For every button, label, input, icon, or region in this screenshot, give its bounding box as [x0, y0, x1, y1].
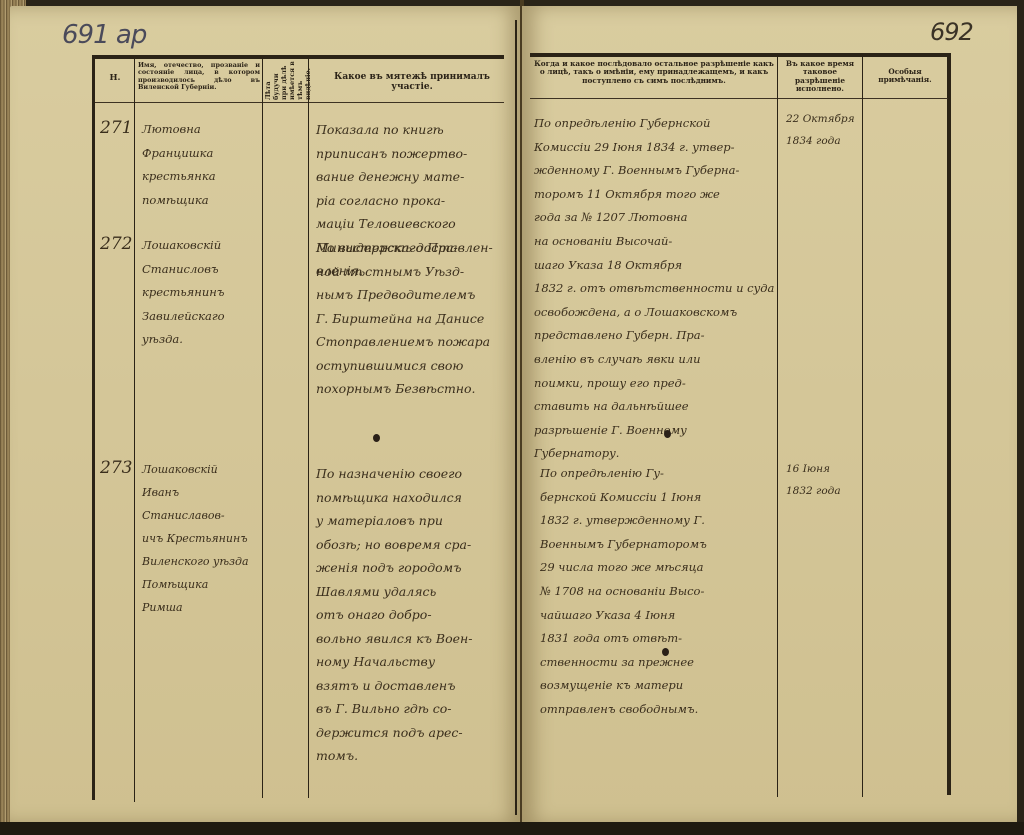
ink-blot — [373, 434, 380, 442]
header-years: Лѣта будучи при дѣлѣ имѣется в тѣмъ видѣ… — [264, 60, 306, 100]
col-divider-1 — [134, 58, 135, 802]
row-273-participation: По назначенію своего помѣщика находился … — [316, 462, 514, 768]
header-executed: Въ какое время таковое разрѣшеніе исполн… — [780, 60, 860, 94]
right-table-top-rule — [530, 53, 950, 57]
row-273-executed-date: 16 Іюня 1832 года — [786, 458, 864, 502]
ink-blot — [664, 430, 671, 438]
row-273-name: Лошаковскій Иванъ Станиславов- ичъ Крест… — [142, 458, 260, 619]
header-number: Н. — [98, 74, 132, 84]
left-gutter-rule — [515, 20, 517, 815]
row-272-number: 272 — [100, 234, 132, 254]
left-folio-number: 691 ар — [62, 20, 146, 50]
row-271-executed-date: 22 Октября 1834 года — [786, 108, 864, 152]
header-name: Имя, отечество, прозваніе и состояніе ли… — [138, 62, 260, 91]
right-header-bottom-rule — [530, 98, 948, 99]
row-272-participation: По выдержкѣ доставлен- ной мѣстнымъ Уѣзд… — [316, 236, 514, 401]
left-table-left-border — [92, 55, 95, 800]
document-spread: 691 ар Н. Имя, отечество, прозваніе и со… — [0, 0, 1024, 835]
row-273-number: 273 — [100, 458, 132, 478]
page-bottom-shadow — [0, 822, 1024, 835]
left-header-bottom-rule — [95, 102, 504, 103]
header-notes: Особыя примѣчанія. — [864, 68, 946, 85]
ink-blot — [662, 648, 669, 656]
header-resolution: Когда и какое послѣдовало остальное разр… — [532, 60, 776, 85]
row-271-number: 271 — [100, 118, 132, 138]
right-table-right-border — [947, 53, 951, 795]
row-272-name: Лошаковскій Станисловъ крестьянинъ Завил… — [142, 234, 260, 352]
row-271-name: Лютовна Францишка крестьянка помѣщика — [142, 118, 260, 212]
right-folio-number: 692 — [930, 18, 973, 46]
header-participation: Какое въ мятежѣ принималъ участіе. — [312, 72, 512, 93]
col-divider-3 — [308, 58, 309, 798]
row-271-272-resolution: По опредѣленію Губернской Комиссіи 29 Ію… — [534, 112, 778, 466]
left-table-top-rule — [92, 55, 504, 59]
row-273-resolution: По опредѣленію Гу- бернской Комиссіи 1 І… — [540, 462, 778, 722]
col-divider-2 — [262, 58, 263, 798]
col-divider-5 — [862, 57, 863, 797]
